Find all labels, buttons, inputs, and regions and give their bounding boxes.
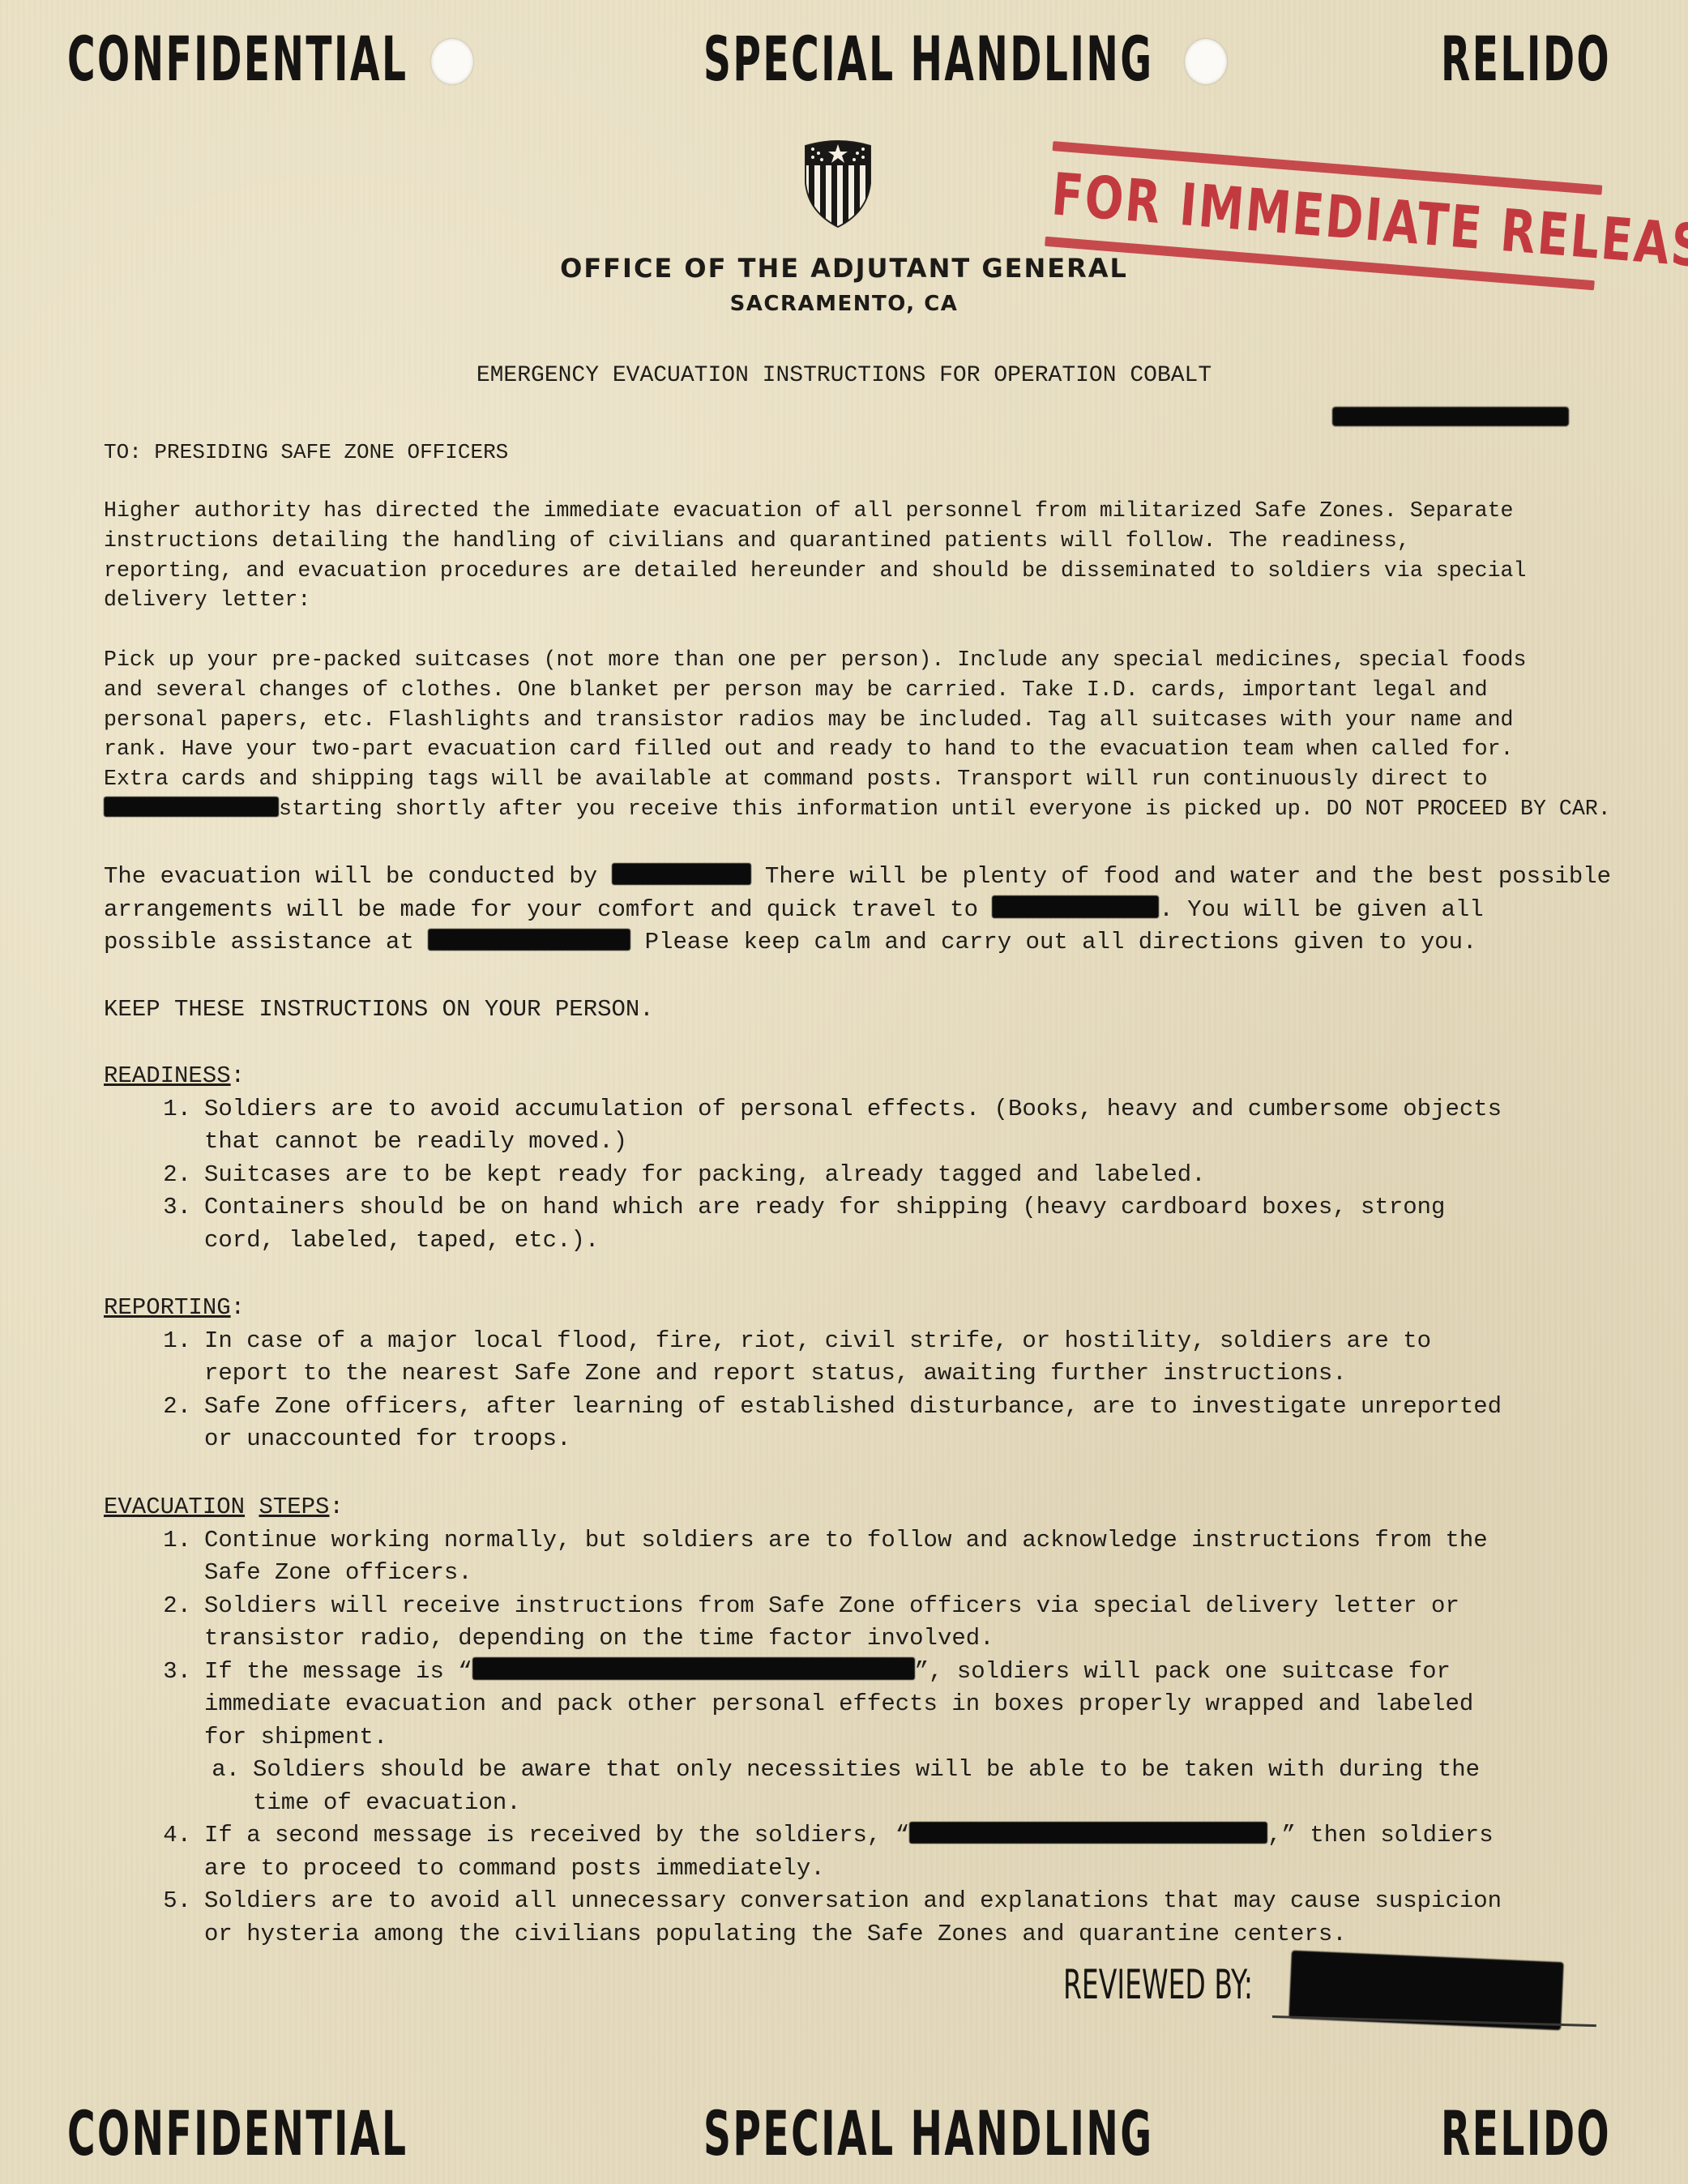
intro-line: Higher authority has directed the immedi… <box>104 496 1627 526</box>
readiness-section: READINESS: 1.Soldiers are to avoid accum… <box>104 1060 1643 1257</box>
banner-confidential: CONFIDENTIAL <box>67 15 408 104</box>
item-text: Soldiers are to avoid accumulation of pe… <box>204 1093 1502 1159</box>
punch-hole-left <box>431 39 473 84</box>
redacted-conducting-unit <box>612 863 751 886</box>
punch-hole-right <box>1185 39 1227 84</box>
item-number: 3. <box>104 1191 204 1257</box>
item-text: Soldiers should be aware that only neces… <box>253 1754 1480 1819</box>
conduct-paragraph: The evacuation will be conducted by Ther… <box>104 861 1627 960</box>
item-text: Suitcases are to be kept ready for packi… <box>204 1159 1206 1192</box>
reviewed-by-label: REVIEWED BY: <box>1063 1961 1253 2008</box>
redacted-destination <box>104 797 279 817</box>
item-letter: a. <box>104 1754 253 1819</box>
list-item: 5.Soldiers are to avoid all unnecessary … <box>104 1885 1643 1951</box>
intro-paragraph: Higher authority has directed the immedi… <box>104 496 1627 615</box>
item-number: 2. <box>104 1590 204 1656</box>
item-text: Containers should be on hand which are r… <box>204 1191 1445 1257</box>
intro-line: delivery letter: <box>104 585 1627 615</box>
item-number: 1. <box>104 1325 204 1391</box>
adjutant-general-shield-icon <box>802 138 874 229</box>
packing-line: personal papers, etc. Flashlights and tr… <box>104 705 1627 735</box>
evacuation-steps-section: EVACUATION STEPS: 1.Continue working nor… <box>104 1491 1643 1951</box>
packing-paragraph: Pick up your pre-packed suitcases (not m… <box>104 645 1627 824</box>
list-item: 1.Soldiers are to avoid accumulation of … <box>104 1093 1643 1159</box>
list-item: 2.Safe Zone officers, after learning of … <box>104 1391 1643 1456</box>
packing-line: starting shortly after you receive this … <box>104 794 1627 824</box>
redacted-second-message <box>909 1822 1267 1844</box>
redacted-travel-destination <box>992 895 1159 918</box>
packing-line: rank. Have your two-part evacuation card… <box>104 734 1627 764</box>
conduct-text: There will be plenty of food and water a… <box>751 863 1612 890</box>
item-number: 1. <box>104 1093 204 1159</box>
item-number: 2. <box>104 1159 204 1192</box>
banner-special-handling: SPECIAL HANDLING <box>703 15 1153 104</box>
item-number: 3. <box>104 1656 204 1754</box>
office-name: OFFICE OF THE ADJUTANT GENERAL <box>0 253 1688 284</box>
banner-special-handling: SPECIAL HANDLING <box>703 2089 1153 2178</box>
keep-notice: KEEP THESE INSTRUCTIONS ON YOUR PERSON. <box>104 994 1627 1027</box>
item-number: 2. <box>104 1391 204 1456</box>
item-text: Safe Zone officers, after learning of es… <box>204 1391 1502 1456</box>
readiness-heading: READINESS <box>104 1062 231 1089</box>
banner-relido: RELIDO <box>1441 15 1611 104</box>
list-item-sub: a.Soldiers should be aware that only nec… <box>104 1754 1643 1819</box>
reporting-heading: REPORTING <box>104 1294 231 1321</box>
bottom-banner: CONFIDENTIAL SPECIAL HANDLING RELIDO <box>0 2089 1688 2178</box>
packing-line: Pick up your pre-packed suitcases (not m… <box>104 645 1627 675</box>
item-number: 5. <box>104 1885 204 1951</box>
conduct-text: arrangements will be made for your comfo… <box>104 896 992 923</box>
item-text: Continue working normally, but soldiers … <box>204 1524 1488 1590</box>
list-item: 3.Containers should be on hand which are… <box>104 1191 1643 1257</box>
reporting-section: REPORTING: 1.In case of a major local fl… <box>104 1292 1643 1456</box>
evacuation-heading: EVACUATION <box>104 1494 245 1520</box>
list-item: 4.If a second message is received by the… <box>104 1819 1643 1885</box>
packing-line: and several changes of clothes. One blan… <box>104 675 1627 705</box>
conduct-text: The evacuation will be conducted by <box>104 863 612 890</box>
conduct-text: . You will be given all <box>1159 896 1483 923</box>
list-item: 1.In case of a major local flood, fire, … <box>104 1325 1643 1391</box>
banner-confidential: CONFIDENTIAL <box>67 2089 408 2178</box>
banner-relido: RELIDO <box>1441 2089 1611 2178</box>
list-item: 3.If the message is “”, soldiers will pa… <box>104 1656 1643 1754</box>
packing-last-line-text: starting shortly after you receive this … <box>279 797 1611 821</box>
item-text: In case of a major local flood, fire, ri… <box>204 1325 1431 1391</box>
conduct-line: arrangements will be made for your comfo… <box>104 894 1627 927</box>
item-number: 4. <box>104 1819 204 1885</box>
steps-heading: STEPS <box>259 1494 329 1520</box>
intro-line: instructions detailing the handling of c… <box>104 526 1627 556</box>
intro-line: reporting, and evacuation procedures are… <box>104 556 1627 586</box>
item-text: Soldiers will receive instructions from … <box>204 1590 1459 1656</box>
list-item: 2.Soldiers will receive instructions fro… <box>104 1590 1643 1656</box>
addressee: TO: PRESIDING SAFE ZONE OFFICERS <box>104 440 508 464</box>
conduct-text: possible assistance at <box>104 929 428 955</box>
item-number: 1. <box>104 1524 204 1590</box>
list-item: 2.Suitcases are to be kept ready for pac… <box>104 1159 1643 1192</box>
packing-line: Extra cards and shipping tags will be av… <box>104 764 1627 794</box>
document-title: EMERGENCY EVACUATION INSTRUCTIONS FOR OP… <box>0 363 1688 388</box>
item-text: If the message is “”, soldiers will pack… <box>204 1656 1473 1754</box>
item-text: If a second message is received by the s… <box>204 1819 1494 1885</box>
list-item: 1.Continue working normally, but soldier… <box>104 1524 1643 1590</box>
redacted-date <box>1332 407 1569 426</box>
conduct-line: The evacuation will be conducted by Ther… <box>104 861 1627 894</box>
top-banner: CONFIDENTIAL SPECIAL HANDLING RELIDO <box>0 15 1688 104</box>
item-text: Soldiers are to avoid all unnecessary co… <box>204 1885 1502 1951</box>
conduct-line: possible assistance at Please keep calm … <box>104 926 1627 960</box>
redacted-assistance-location <box>428 929 630 951</box>
redacted-first-message <box>472 1657 915 1680</box>
office-location: SACRAMENTO, CA <box>0 292 1688 316</box>
conduct-text: Please keep calm and carry out all direc… <box>630 929 1476 955</box>
